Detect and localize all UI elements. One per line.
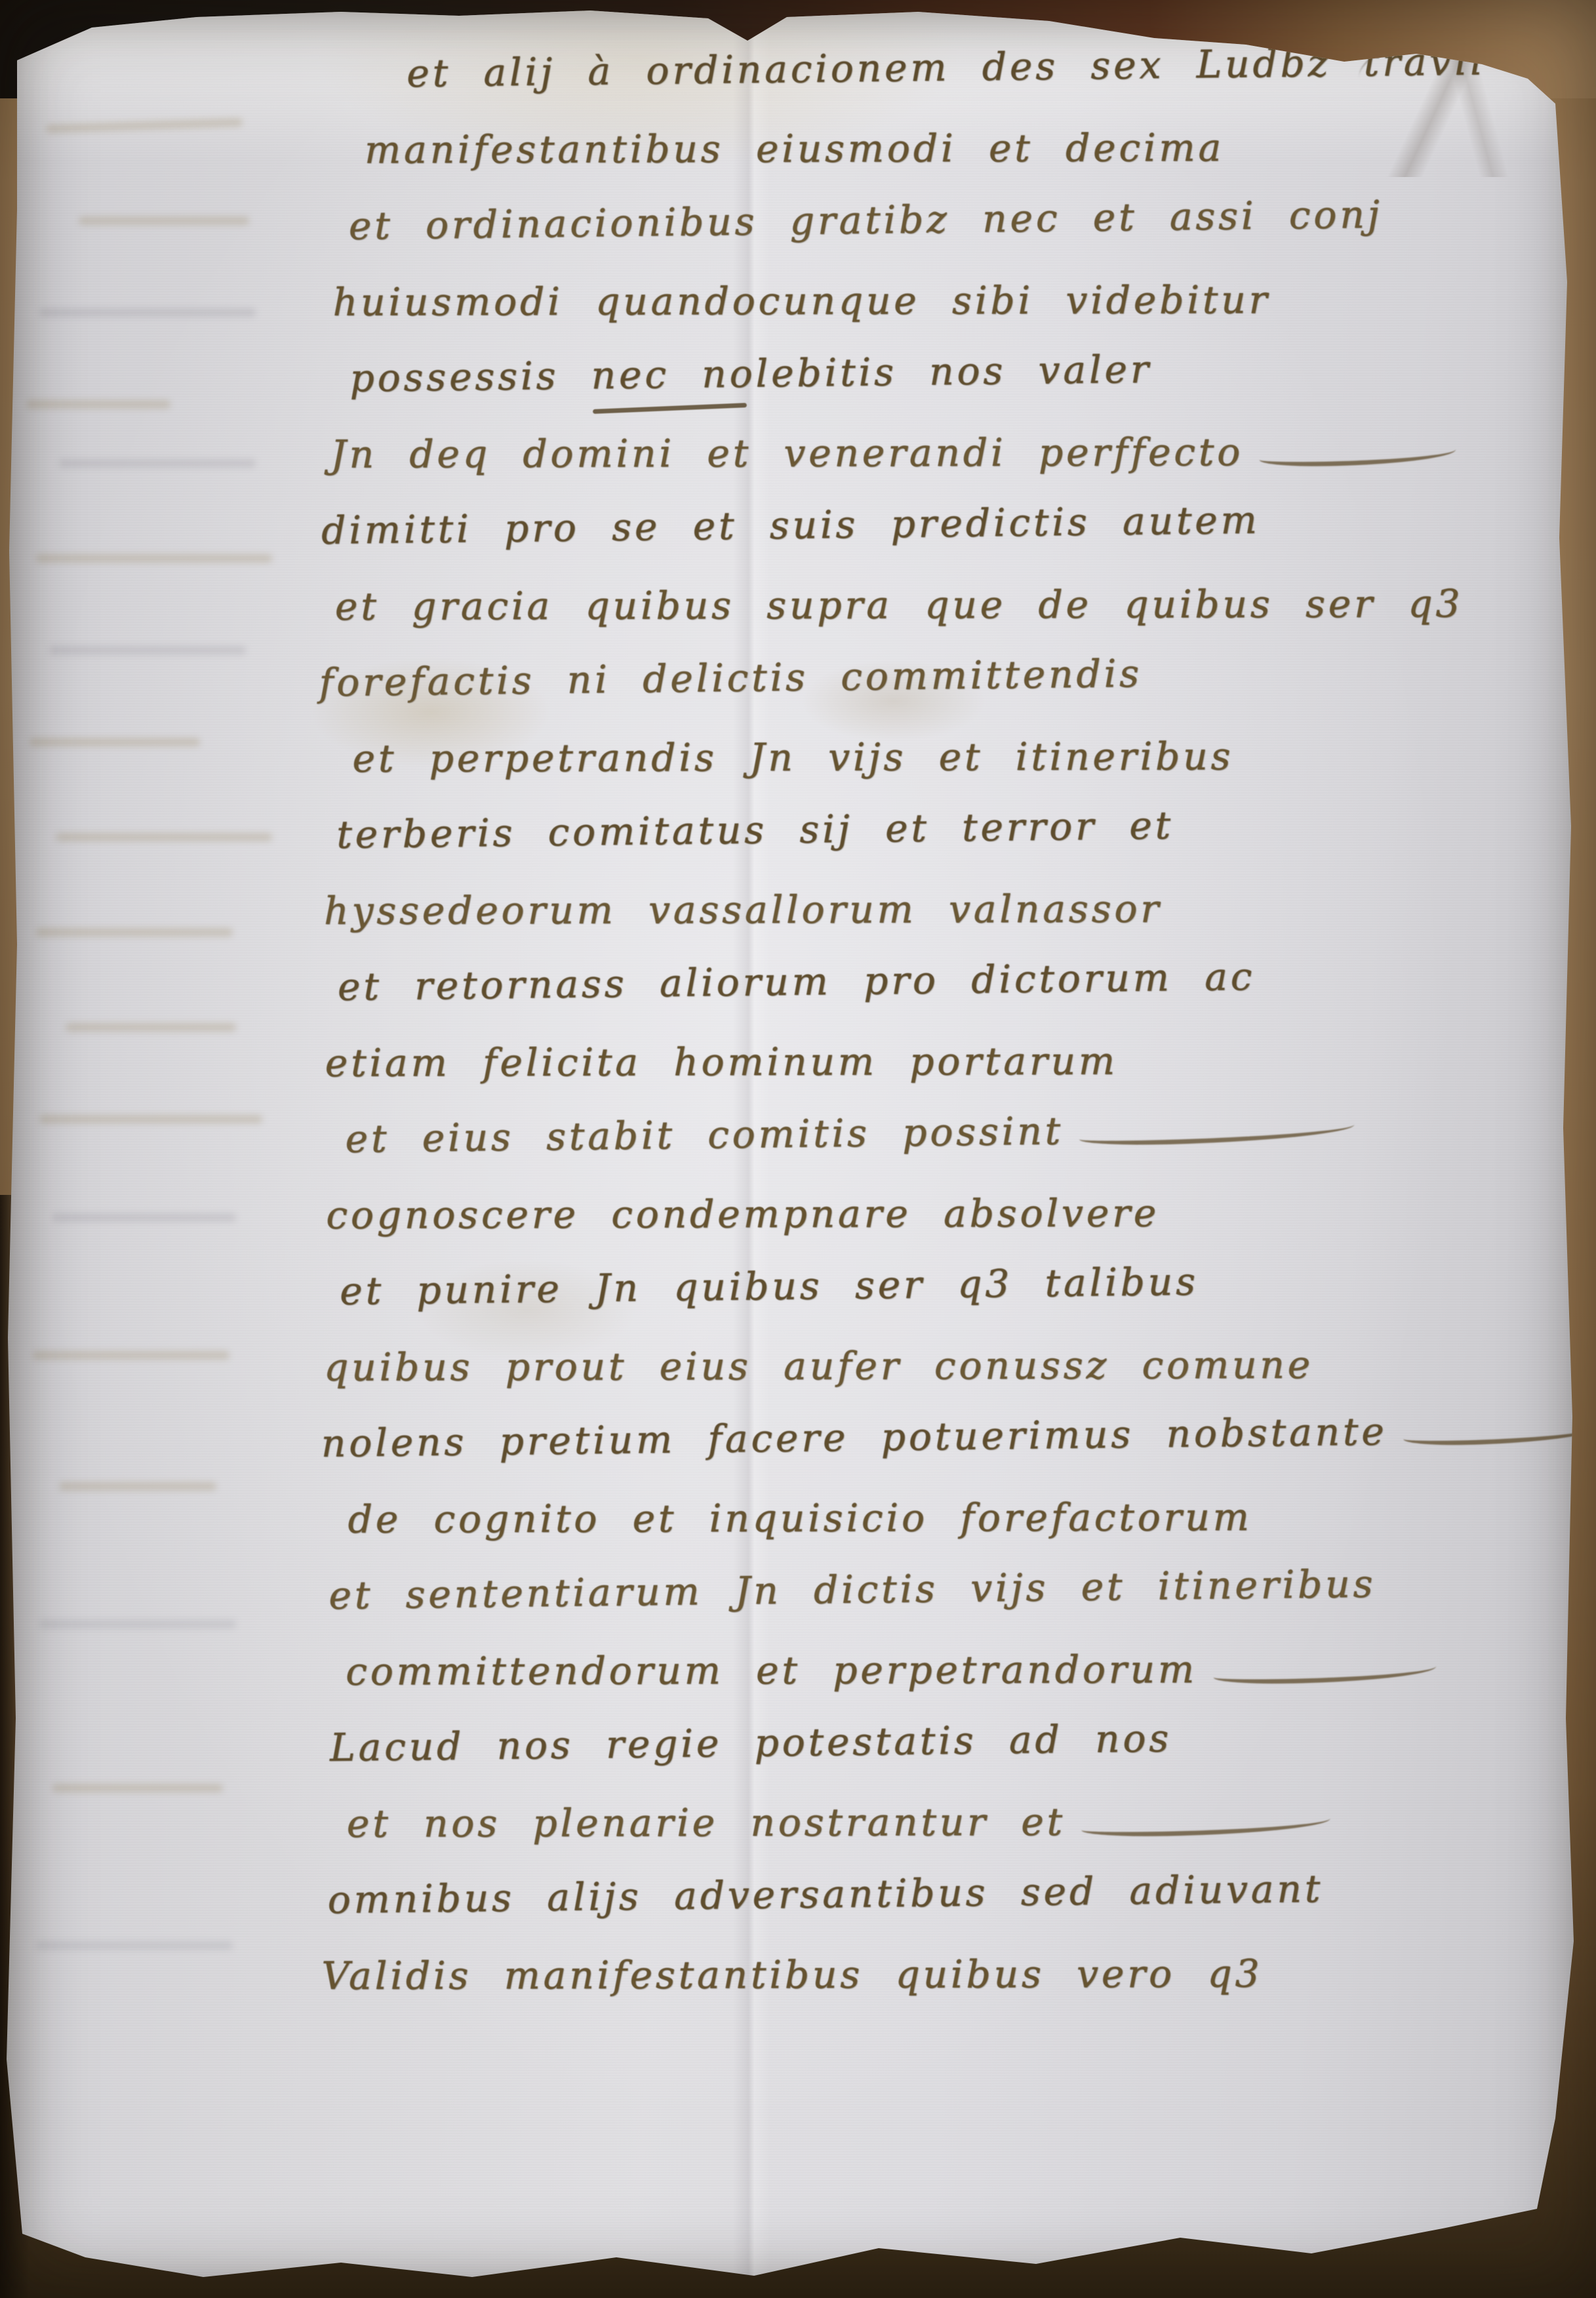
showthrough-streak [33, 1351, 229, 1360]
showthrough-streak [39, 1620, 236, 1628]
text-line: Lacud nos regie potestatis ad nos [330, 1696, 1507, 1785]
showthrough-streak [79, 216, 249, 225]
showthrough-streak [59, 1482, 216, 1491]
text-line: dimitti pro se et suis predictis autem [321, 479, 1499, 569]
showthrough-streak [52, 1213, 236, 1222]
showthrough-streak [26, 400, 170, 409]
showthrough-streak [36, 554, 272, 563]
text-line: huiusmodi quandocunque sibi videbitur [333, 261, 1497, 340]
showthrough-streak [39, 308, 256, 317]
text-line: et eius stabit comitis possint [345, 1088, 1503, 1177]
showthrough-streak [59, 459, 256, 468]
showthrough-streak [46, 118, 243, 133]
showthrough-streak [49, 646, 246, 655]
showthrough-streak [30, 738, 200, 746]
showthrough-streak [36, 1941, 233, 1950]
manuscript-photo: et alij à ordinacionem des sex Ludbz tra… [0, 0, 1596, 2298]
text-line: nolens pretium facere potuerimus nobstan… [321, 1392, 1505, 1481]
showthrough-streak [39, 1115, 262, 1123]
showthrough-streak [56, 833, 272, 841]
showthrough-streak [66, 1023, 236, 1032]
text-line: Validis manifestantibus quibus vero q3 [321, 1935, 1508, 2014]
text-line: forefactis ni delictis committendis [319, 631, 1500, 720]
text-line: omnibus alijs adversantibus sed adiuvant [327, 1848, 1508, 1937]
paper-sheet: et alij à ordinacionem des sex Ludbz tra… [0, 0, 1596, 2298]
text-line: terberis comitatus sij et terror et [336, 784, 1501, 873]
showthrough-streak [52, 1784, 223, 1792]
text-line: et punire Jn quibus ser q3 talibus [340, 1240, 1504, 1329]
text-line: et retornass aliorum pro dictorum ac [337, 936, 1502, 1025]
text-line: et sententiarum Jn dictis vijs et itiner… [329, 1544, 1506, 1633]
text-line: possessis nec nolebitis nos valer [349, 327, 1498, 416]
showthrough-streak [36, 928, 233, 937]
text-line: et perpetrandis Jn vijs et itineribus [353, 717, 1500, 797]
text-line: manifestantibus eiusmodi et decima [365, 109, 1496, 188]
text-line: et ordinacionibus gratibz nec et assi co… [348, 175, 1496, 264]
text-block: et alij à ordinacionem des sex Ludbz tra… [308, 28, 1509, 2014]
